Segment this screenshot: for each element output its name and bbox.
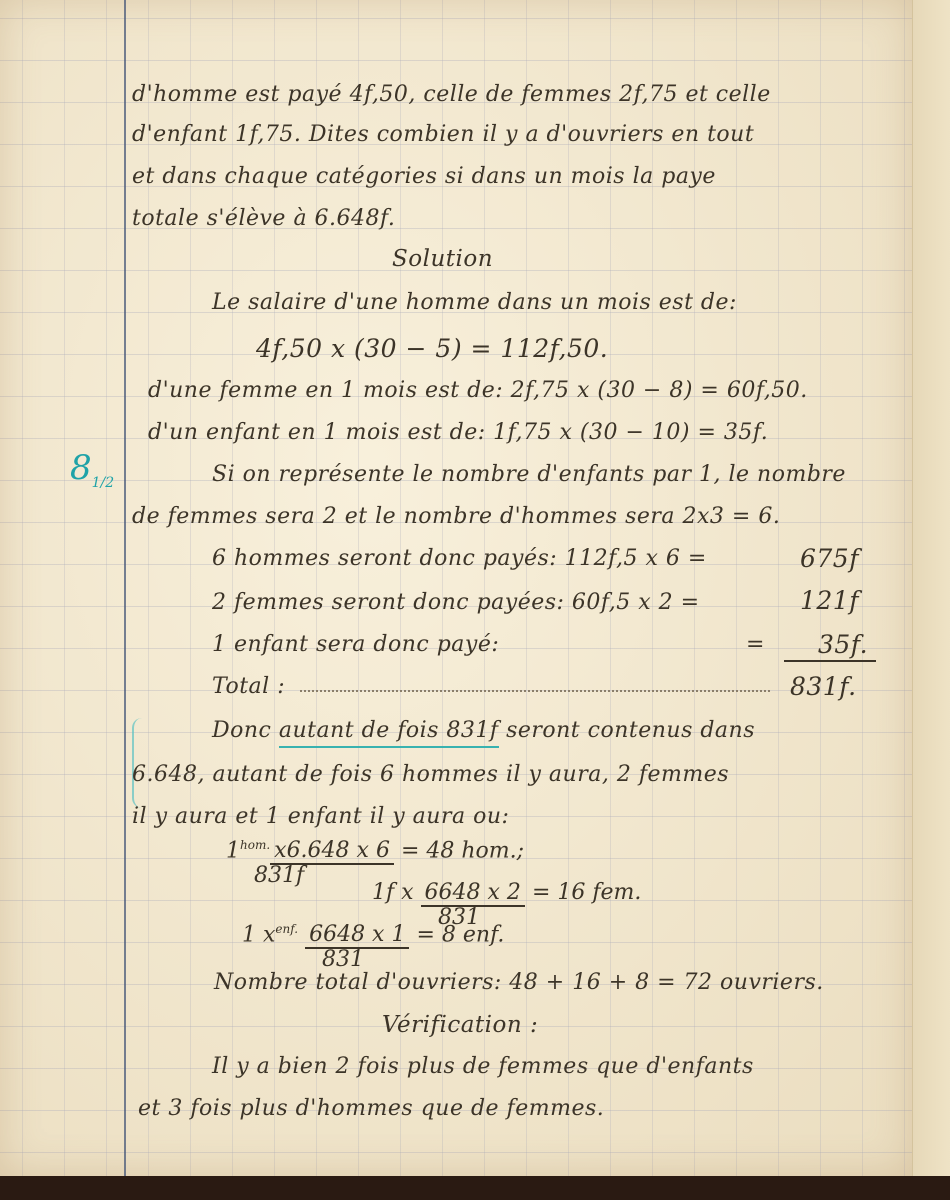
men-paid-value: 675f	[800, 544, 859, 573]
calc-men-numerator: x6.648 x 6	[270, 838, 394, 865]
verification-line-1: Il y a bien 2 fois plus de femmes que d'…	[212, 1054, 754, 1079]
calc-child-sup: enf.	[275, 922, 298, 936]
verification-heading: Vérification :	[382, 1012, 538, 1038]
grade-value: 8	[70, 448, 92, 488]
sum-rule	[784, 660, 876, 662]
therefore-post: seront contenus dans	[506, 718, 755, 743]
men-paid-label: 6 hommes seront donc payés: 112f,5 x 6 =	[212, 546, 707, 571]
verification-line-2: et 3 fois plus d'hommes que de femmes.	[138, 1096, 604, 1121]
ratio-line-1: Si on représente le nombre d'enfants par…	[212, 462, 846, 487]
calc-men-result: = 48 hom.;	[401, 838, 524, 863]
child-paid-equals: =	[746, 632, 765, 657]
therefore-line-2: 6.648, autant de fois 6 hommes il y aura…	[132, 762, 729, 787]
dotted-leader	[300, 690, 770, 692]
page-fold	[912, 0, 950, 1176]
notebook-page: 81/2 d'homme est payé 4f,50, celle de fe…	[0, 0, 912, 1176]
calc-child: 1 xenf. 6648 x 1 = 8 enf. 831	[242, 922, 504, 972]
calc-child-denominator: 831	[242, 947, 504, 972]
child-salary-line: d'un enfant en 1 mois est de: 1f,75 x (3…	[148, 420, 768, 445]
calc-child-numerator: 6648 x 1	[305, 922, 409, 949]
total-value: 831f.	[790, 672, 857, 701]
ratio-line-2: de femmes sera 2 et le nombre d'hommes s…	[132, 504, 780, 529]
problem-line-1: d'homme est payé 4f,50, celle de femmes …	[132, 82, 771, 107]
calc-women-numerator: 6648 x 2	[421, 880, 525, 907]
salary-intro: Le salaire d'une homme dans un mois est …	[212, 290, 737, 315]
problem-line-2: d'enfant 1f,75. Dites combien il y a d'o…	[132, 122, 754, 147]
total-workers-line: Nombre total d'ouvriers: 48 + 16 + 8 = 7…	[214, 970, 824, 995]
margin-line	[124, 0, 126, 1176]
problem-line-3: et dans chaque catégories si dans un moi…	[132, 164, 716, 189]
grade-suffix: 1/2	[92, 475, 115, 491]
calc-women-prefix: 1f x	[372, 880, 414, 905]
calc-child-result: = 8 enf.	[416, 922, 504, 947]
total-label: Total :	[212, 674, 285, 699]
therefore-pre: Donc	[212, 718, 271, 743]
man-salary-calc: 4f,50 x (30 − 5) = 112f,50.	[256, 334, 608, 363]
women-paid-value: 121f	[800, 586, 859, 615]
solution-heading: Solution	[392, 246, 493, 272]
calc-men-prefix: 1	[226, 838, 240, 863]
child-paid-value: 35f.	[818, 630, 868, 659]
calc-men-sup: hom.	[240, 838, 270, 852]
child-paid-label: 1 enfant sera donc payé:	[212, 632, 499, 657]
therefore-line-1: Donc autant de fois 831f seront contenus…	[212, 718, 755, 743]
problem-line-4: totale s'élève à 6.648f.	[132, 206, 395, 231]
woman-salary-line: d'une femme en 1 mois est de: 2f,75 x (3…	[148, 378, 808, 403]
women-paid-label: 2 femmes seront donc payées: 60f,5 x 2 =	[212, 590, 700, 615]
teacher-grade: 81/2	[70, 448, 114, 491]
calc-women-result: = 16 fem.	[532, 880, 641, 905]
therefore-underlined: autant de fois 831f	[279, 718, 499, 748]
therefore-line-3: il y aura et 1 enfant il y aura ou:	[132, 804, 509, 829]
calc-child-prefix: 1 x	[242, 922, 275, 947]
